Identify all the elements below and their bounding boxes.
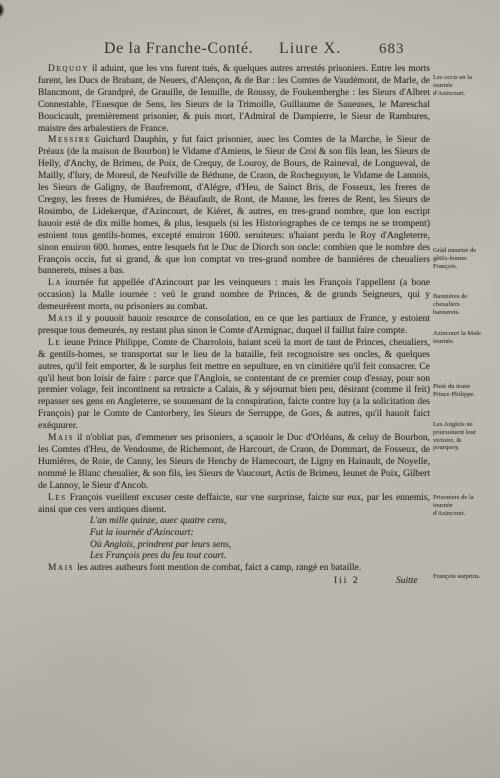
paragraph-text: les autres autheurs font mention de comb… bbox=[77, 563, 361, 573]
paragraph-lead: Mais bbox=[48, 563, 74, 573]
page-title: De la Franche-Conté. bbox=[104, 40, 253, 58]
margin-note: Banniéres de cheualiers bannerets. bbox=[433, 293, 486, 316]
paragraph-lead: Les bbox=[48, 493, 67, 503]
paragraph: Leieune Prince Philippe, Comte de Charro… bbox=[38, 338, 430, 433]
paragraph: MessireGuichard Dauphin, y fut faict pri… bbox=[38, 135, 430, 278]
paragraph-text: iournée fut appellée d'Azincourt par les… bbox=[38, 278, 430, 312]
margin-note: Grãd meurtre de gẽtils-homes François. bbox=[433, 247, 486, 270]
paragraph-text: Guichard Dauphin, y fut faict prisonier,… bbox=[38, 135, 430, 276]
paragraph-lead: Messire bbox=[48, 135, 91, 145]
paragraph-lead: Mais bbox=[48, 433, 74, 443]
margin-note: Les occis en la iournée d'Azincourt. bbox=[433, 74, 486, 97]
paragraph: Maisles autres autheurs font mention de … bbox=[38, 563, 430, 575]
book-number: Liure X. bbox=[279, 40, 341, 58]
verse-line: Où Anglois, prindrent par leurs sens, bbox=[90, 540, 430, 552]
paragraph-lead: Le bbox=[48, 338, 61, 348]
paragraph: Maisil n'obliat pas, d'emmener ses priso… bbox=[38, 433, 430, 493]
catchword: Suitte bbox=[396, 576, 418, 588]
verse-line: L'an mille quinze, auec quatre cens, bbox=[90, 516, 430, 528]
margin-note: Pieté du ieune Prince Philippe. bbox=[433, 383, 486, 399]
quire-signature: Iii 2 bbox=[334, 576, 360, 588]
paragraph-text: il n'obliat pas, d'emmener ses prisonier… bbox=[38, 433, 430, 491]
verse-line: Les François pres du feu tout court. bbox=[90, 551, 430, 563]
paragraph-text: il aduint, que les vns furent tués, & qu… bbox=[38, 64, 430, 134]
paragraph: Maisil y pouuoit hauoir resource de cons… bbox=[38, 314, 430, 338]
paragraph-lead: Dequoy bbox=[48, 64, 89, 74]
margin-note: Prisoniers de la iournée d'Azincourt. bbox=[433, 494, 486, 517]
running-header: De la Franche-Conté. Liure X. 683 bbox=[38, 40, 438, 62]
book-page-scan: De la Franche-Conté. Liure X. 683 Dequoy… bbox=[0, 0, 500, 778]
paragraph-text: François vueillent excuser ceste deffaic… bbox=[38, 493, 430, 515]
paragraph-lead: Mais bbox=[48, 314, 74, 324]
paragraph: Dequoyil aduint, que les vns furent tués… bbox=[38, 64, 430, 135]
signature-row: Iii 2 Suitte bbox=[38, 576, 430, 589]
paragraph-text: il y pouuoit hauoir resource de consolat… bbox=[38, 314, 430, 336]
page-number: 683 bbox=[379, 41, 405, 58]
verse-block: L'an mille quinze, auec quatre cens, Fut… bbox=[90, 516, 430, 562]
margin-note: Les Anglois ne poursuiuent leur victoire… bbox=[433, 421, 486, 452]
paragraph: Laiournée fut appellée d'Azincourt par l… bbox=[38, 278, 430, 314]
margin-note: François surprins. bbox=[433, 573, 486, 581]
paragraph: LesFrançois vueillent excuser ceste deff… bbox=[38, 493, 430, 517]
margin-note: Azincourt la Male iournée. bbox=[433, 330, 486, 346]
paragraph-lead: La bbox=[48, 278, 62, 288]
verse-line: Fut la iournée d'Azincourt: bbox=[90, 528, 430, 540]
text-column: Dequoyil aduint, que les vns furent tués… bbox=[38, 64, 430, 589]
paragraph-text: ieune Prince Philippe, Comte de Charrolo… bbox=[38, 338, 430, 431]
